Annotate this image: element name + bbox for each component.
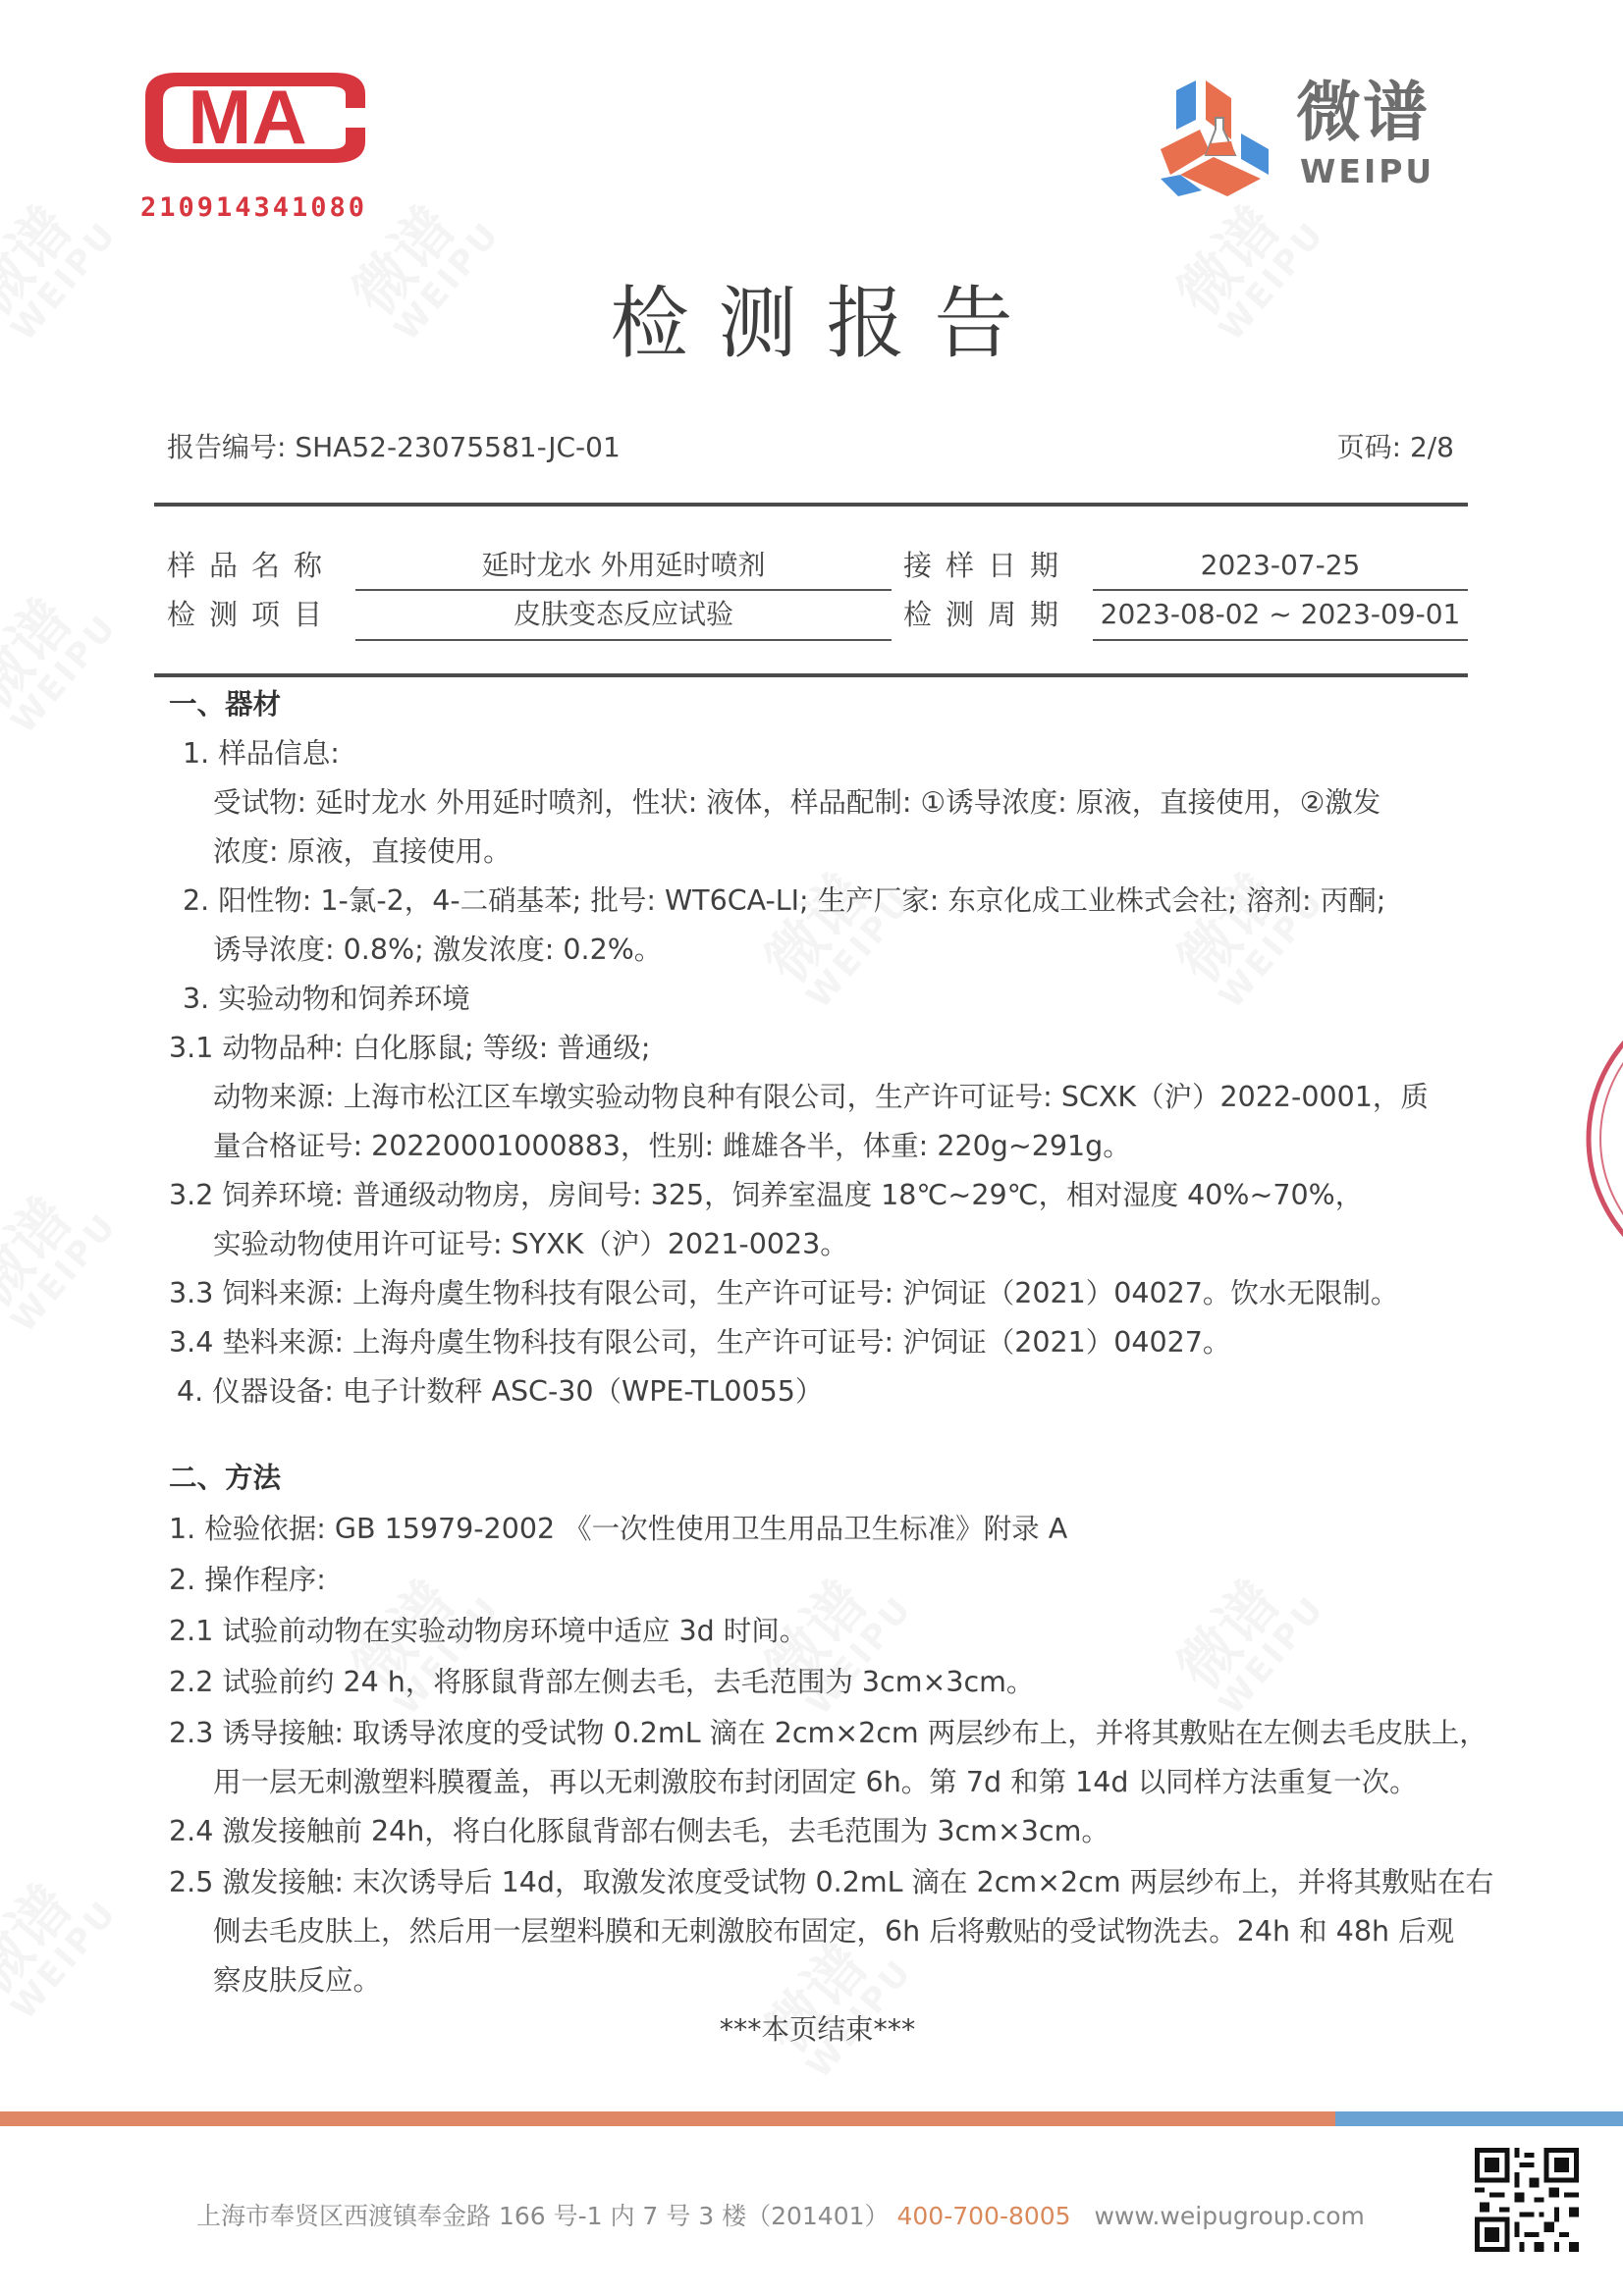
divider [154, 503, 1468, 507]
page-title: 检测报告 [0, 285, 1623, 363]
list-item: 4. 仪器设备: 电子计数秤 ASC-30（WPE-TL0055） [177, 1378, 823, 1407]
qr-code-icon[interactable] [1475, 2148, 1579, 2252]
weipu-logo-icon [1159, 80, 1278, 196]
list-item: 2.2 试验前约 24 h，将豚鼠背部左侧去毛，去毛范围为 3cm×3cm。 [169, 1669, 1034, 1697]
brand-name-en: WEIPU [1300, 155, 1434, 187]
list-item: 2. 操作程序: [169, 1567, 326, 1595]
page-number: 页码: 2/8 [1337, 434, 1454, 461]
list-item: 量合格证号: 20220001000883，性别: 雌雄各半，体重: 220g~… [213, 1133, 1131, 1161]
svg-text:MA: MA [188, 74, 306, 160]
page-number-value: 2/8 [1410, 431, 1454, 463]
test-period-value: 2023-08-02 ~ 2023-09-01 [1093, 601, 1468, 628]
footer-bar-orange [0, 2111, 1335, 2126]
list-item: 2.3 诱导接触: 取诱导浓度的受试物 0.2mL 滴在 2cm×2cm 两层纱… [169, 1720, 1488, 1748]
footer-phone[interactable]: 400-700-8005 [896, 2202, 1070, 2230]
list-item: 2. 阳性物: 1-氯-2，4-二硝基苯; 批号: WT6CA-LI; 生产厂家… [183, 887, 1385, 916]
list-item: 3.3 饲料来源: 上海舟虞生物科技有限公司，生产许可证号: 沪饲证（2021）… [169, 1280, 1398, 1308]
report-number-value: SHA52-23075581-JC-01 [295, 431, 620, 463]
list-item: 动物来源: 上海市松江区车墩实验动物良种有限公司，生产许可证号: SCXK（沪）… [213, 1084, 1429, 1112]
list-item: 诱导浓度: 0.8%; 激发浓度: 0.2%。 [213, 936, 662, 965]
test-period-label: 检测周期 [903, 601, 1072, 629]
footer-bar-blue [1335, 2111, 1623, 2126]
report-number-label: 报告编号: [167, 431, 286, 463]
list-item: 浓度: 原液，直接使用。 [213, 838, 512, 867]
receive-date-label: 接样日期 [903, 552, 1072, 580]
end-of-page-marker: ***本页结束*** [0, 2016, 1623, 2045]
list-item: 2.4 激发接触前 24h，将白化豚鼠背部右侧去毛，去毛范围为 3cm×3cm。 [169, 1818, 1109, 1846]
underline [1093, 639, 1468, 641]
list-item: 侧去毛皮肤上，然后用一层塑料膜和无刺激胶布固定，6h 后将敷贴的受试物洗去。24… [213, 1918, 1454, 1947]
cma-number: 210914341080 [140, 192, 367, 223]
report-number: 报告编号: SHA52-23075581-JC-01 [167, 434, 621, 461]
list-item: 3. 实验动物和饲养环境 [183, 986, 470, 1014]
receive-date-value: 2023-07-25 [1093, 552, 1468, 579]
list-item: 3.2 饲养环境: 普通级动物房，房间号: 325，饲养室温度 18℃~29℃，… [169, 1182, 1363, 1210]
list-item: 用一层无刺激塑料膜覆盖，再以无刺激胶布封闭固定 6h。第 7d 和第 14d 以… [213, 1769, 1418, 1797]
list-item: 2.5 激发接触: 末次诱导后 14d，取激发浓度受试物 0.2mL 滴在 2c… [169, 1869, 1493, 1897]
list-item: 受试物: 延时龙水 外用延时喷剂，性状: 液体，样品配制: ①诱导浓度: 原液，… [213, 789, 1380, 818]
footer-address: 上海市奉贤区西渡镇奉金路 166 号-1 内 7 号 3 楼（201401） [196, 2202, 890, 2230]
list-item: 察皮肤反应。 [213, 1967, 381, 1996]
list-item: 2.1 试验前动物在实验动物房环境中适应 3d 时间。 [169, 1618, 807, 1646]
sample-name-label: 样品名称 [167, 552, 336, 580]
test-item-label: 检测项目 [167, 601, 336, 629]
underline [355, 589, 892, 591]
test-item-value: 皮肤变态反应试验 [355, 601, 892, 628]
list-item: 3.4 垫料来源: 上海舟虞生物科技有限公司，生产许可证号: 沪饲证（2021）… [169, 1329, 1230, 1358]
list-item: 1. 样品信息: [183, 740, 340, 769]
page-number-label: 页码: [1337, 431, 1401, 463]
seal-stamp-icon [1579, 982, 1623, 1296]
divider [154, 673, 1468, 677]
list-item: 实验动物使用许可证号: SYXK（沪）2021-0023。 [213, 1231, 848, 1259]
section-heading-method: 二、方法 [169, 1465, 281, 1493]
brand-name-cn: 微谱 [1296, 80, 1430, 145]
footer-website[interactable]: www.weipugroup.com [1094, 2202, 1364, 2230]
footer-contact: 上海市奉贤区西渡镇奉金路 166 号-1 内 7 号 3 楼（201401） 4… [196, 2197, 1365, 2232]
list-item: 1. 检验依据: GB 15979-2002 《一次性使用卫生用品卫生标准》附录… [169, 1516, 1067, 1544]
underline [1093, 589, 1468, 591]
section-heading-materials: 一、器材 [169, 691, 281, 720]
sample-name-value: 延时龙水 外用延时喷剂 [355, 552, 892, 579]
list-item: 3.1 动物品种: 白化豚鼠; 等级: 普通级; [169, 1035, 650, 1063]
cma-logo-icon: MA [137, 59, 373, 177]
underline [355, 639, 892, 641]
